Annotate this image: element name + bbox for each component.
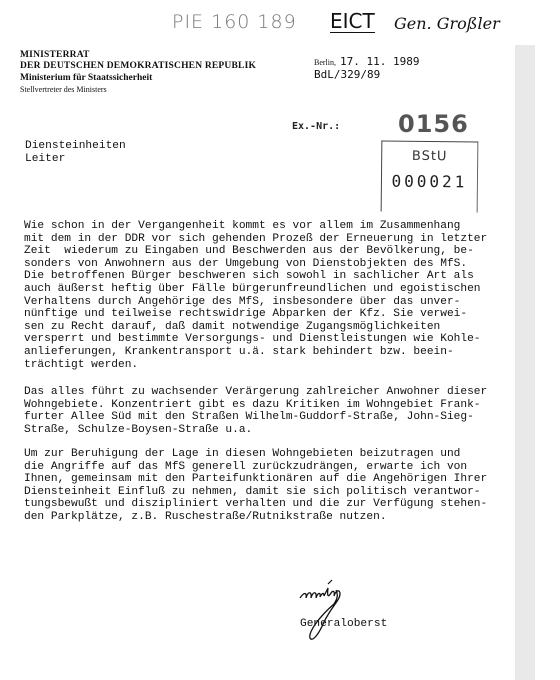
copy-number-value: 0156 [398, 110, 469, 138]
letterhead-state: DER DEUTSCHEN DEMOKRATISCHEN REPUBLIK [20, 61, 256, 72]
body-paragraph: Um zur Beruhigung der Lage in diesen Woh… [24, 448, 544, 524]
reference-number: BdL/329/89 [314, 69, 419, 81]
body-paragraph: Wie schon in der Vergangenheit kommt es … [24, 220, 544, 371]
date-block: Berlin,17. 11. 1989 BdL/329/89 [314, 56, 419, 81]
archive-stamp: BStU 000021 [381, 140, 479, 212]
stamp-title: BStU [382, 149, 477, 165]
document-date: 17. 11. 1989 [340, 55, 419, 68]
recipient: Diensteinheiten Leiter [25, 140, 126, 166]
letterhead-ministry: Ministerium für Staatssicherheit [20, 72, 256, 84]
handwritten-code: EICT [330, 10, 375, 33]
recipient-line-1: Diensteinheiten [25, 140, 126, 153]
recipient-line-2: Leiter [25, 153, 126, 166]
copy-number-label: Ex.-Nr.: [292, 121, 340, 132]
archive-reference-note: PIE 160 189 [172, 11, 297, 33]
letterhead-council: MINISTERRAT [20, 50, 256, 61]
signatory-rank: Generaloberst [300, 618, 387, 630]
letterhead-office: Stellvertreter des Ministers [20, 84, 256, 95]
handwritten-note: Gen. Großler [394, 14, 500, 33]
handwritten-signature-icon [298, 576, 378, 646]
letterhead: MINISTERRAT DER DEUTSCHEN DEMOKRATISCHEN… [20, 50, 256, 95]
city: Berlin, [314, 58, 336, 67]
body-paragraph: Das alles führt zu wachsender Verärgerun… [24, 386, 544, 436]
stamp-number: 000021 [382, 172, 477, 192]
